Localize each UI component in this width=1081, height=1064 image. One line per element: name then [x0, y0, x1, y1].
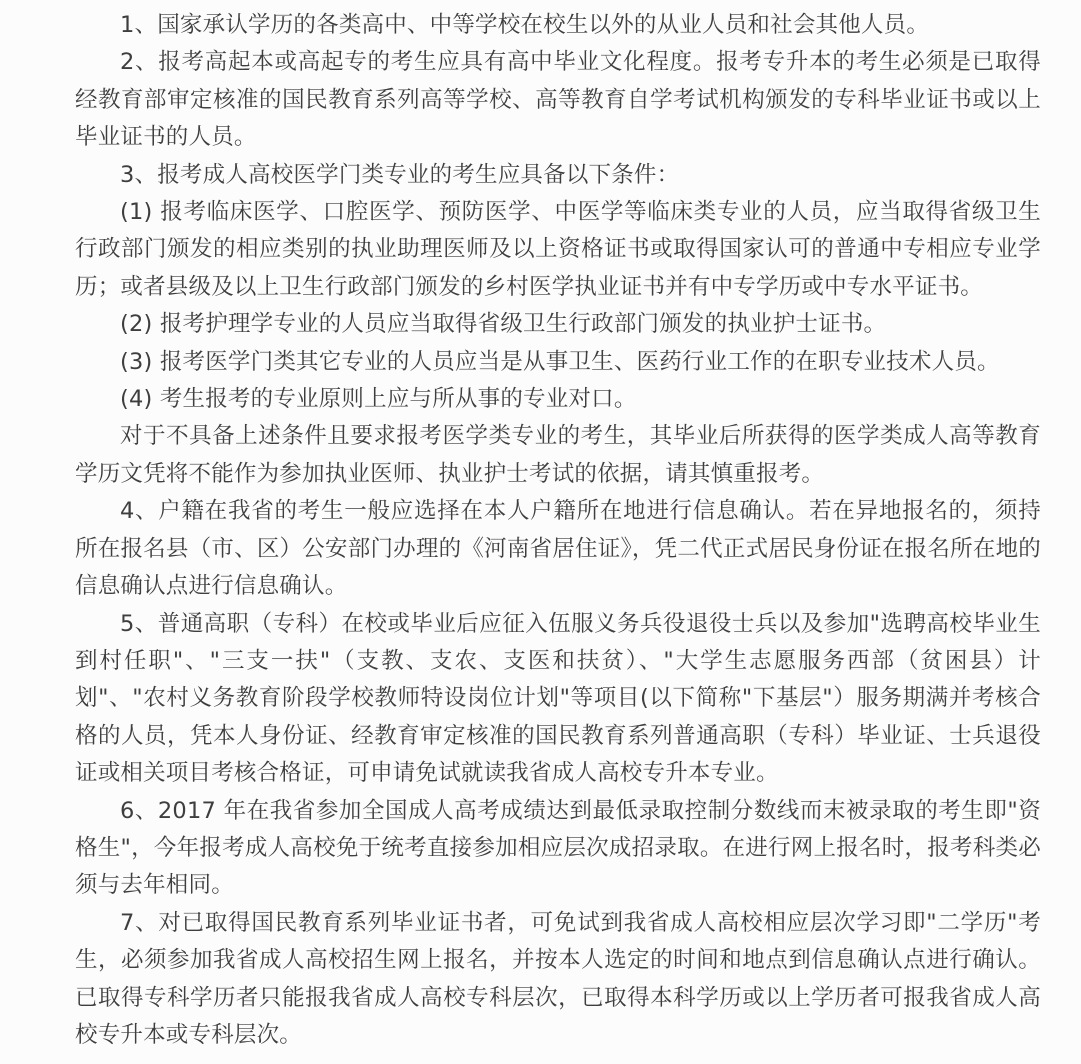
paragraph: (1) 报考临床医学、口腔医学、预防医学、中医学等临床类专业的人员，应当取得省级…: [75, 194, 1041, 306]
paragraph: (2) 报考护理学专业的人员应当取得省级卫生行政部门颁发的执业护士证书。: [75, 306, 1041, 343]
paragraph: (3) 报考医学门类其它专业的人员应当是从事卫生、医药行业工作的在职专业技术人员…: [75, 344, 1041, 381]
document-body: 1、国家承认学历的各类高中、中等学校在校生以外的从业人员和社会其他人员。2、报考…: [0, 0, 1081, 1054]
paragraph: (4) 考生报考的专业原则上应与所从事的专业对口。: [75, 381, 1041, 418]
paragraph: 1、国家承认学历的各类高中、中等学校在校生以外的从业人员和社会其他人员。: [75, 7, 1041, 44]
paragraph: 2、报考高起本或高起专的考生应具有高中毕业文化程度。报考专升本的考生必须是已取得…: [75, 44, 1041, 156]
paragraph: 3、报考成人高校医学门类专业的考生应具备以下条件：: [75, 157, 1041, 194]
paragraph: 4、户籍在我省的考生一般应选择在本人户籍所在地进行信息确认。若在异地报名的，须持…: [75, 493, 1041, 605]
paragraph: 对于不具备上述条件且要求报考医学类专业的考生，其毕业后所获得的医学类成人高等教育…: [75, 418, 1041, 493]
paragraph: 5、普通高职（专科）在校或毕业后应征入伍服义务兵役退役士兵以及参加"选聘高校毕业…: [75, 606, 1041, 793]
paragraph: 6、2017 年在我省参加全国成人高考成绩达到最低录取控制分数线而末被录取的考生…: [75, 793, 1041, 905]
paragraph: 7、对已取得国民教育系列毕业证书者，可免试到我省成人高校相应层次学习即"二学历"…: [75, 905, 1041, 1055]
